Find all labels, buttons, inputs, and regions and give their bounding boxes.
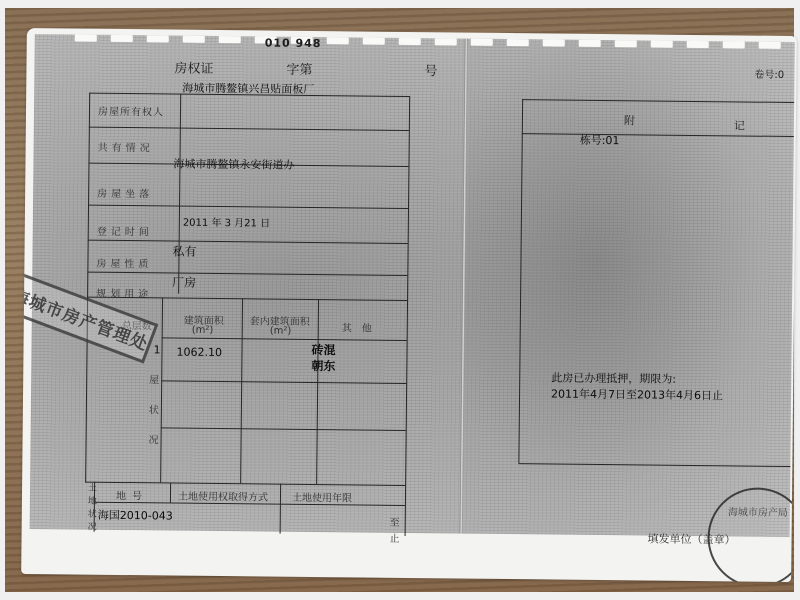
volume-label: 卷号:0 — [754, 66, 784, 81]
property-nature-value: 私有 — [172, 243, 196, 260]
cert-word-no: 字第 — [286, 59, 312, 78]
building-area-value: 1062.10 — [176, 346, 222, 359]
perforation-strip — [35, 34, 795, 52]
land-status-side-0: 土 — [88, 481, 97, 494]
planned-use-value: 厂房 — [172, 274, 196, 291]
col-land-term: 土地使用年限 — [292, 489, 352, 505]
notes-header-right: 记 — [734, 117, 745, 133]
structure-value: 砖混 — [311, 341, 335, 358]
land-term-to: 至 — [390, 514, 400, 529]
building-no: 栋号:01 — [580, 132, 620, 148]
land-status-side-1: 地 — [88, 494, 97, 507]
land-status-side-2: 状 — [88, 507, 97, 520]
col-acquire-method: 土地使用权取得方式 — [178, 488, 268, 504]
location-label: 房屋坐落 — [97, 185, 153, 201]
location-value: 海城市腾鳌镇永安街道办 — [173, 156, 294, 173]
house-status-side-1: 屋 — [149, 371, 163, 386]
serial-number: 010 948 — [265, 36, 322, 50]
cert-number-suffix: 号 — [424, 60, 437, 79]
notes-header-left: 附 — [624, 112, 635, 128]
registration-date-label: 登记时间 — [97, 223, 153, 239]
land-no-value: 海国2010-043 — [98, 507, 173, 524]
certificate-photocopy: 010 948 房权证 字第 号 卷号:0 海城市腾鳌镇兴昌贴面板厂 房屋所有权… — [21, 28, 797, 582]
property-nature-label: 房屋性质 — [96, 255, 152, 271]
house-status-side-2: 状 — [149, 401, 163, 416]
mortgage-note-line2: 2011年4月7日至2013年4月6日止 — [551, 385, 723, 403]
co-ownership-label: 共有情况 — [98, 139, 154, 155]
floors-value: 1 — [153, 343, 160, 356]
planned-use-label: 规划用途 — [96, 285, 152, 301]
owner-value: 海城市腾鳌镇兴昌贴面板厂 — [182, 80, 314, 97]
owner-label: 房屋所有权人 — [98, 103, 164, 119]
land-status-side-3: 况 — [88, 520, 97, 533]
land-term-end: 止 — [389, 530, 399, 545]
registration-date-value: 2011 年 3 月21 日 — [183, 214, 270, 230]
print-area: 010 948 房权证 字第 号 卷号:0 海城市腾鳌镇兴昌贴面板厂 房屋所有权… — [30, 34, 795, 537]
house-status-side-3: 况 — [149, 431, 163, 446]
mortgage-note-line1: 此房已办理抵押，期限为: — [551, 369, 676, 386]
col-inner-area-unit: (m²) — [270, 326, 292, 337]
orientation-value: 朝东 — [311, 357, 335, 374]
col-other: 其他 — [342, 319, 382, 334]
cert-prefix: 房权证 — [174, 58, 213, 77]
col-building-area-unit: (m²) — [192, 325, 214, 336]
col-land-no: 地号 — [116, 487, 148, 502]
